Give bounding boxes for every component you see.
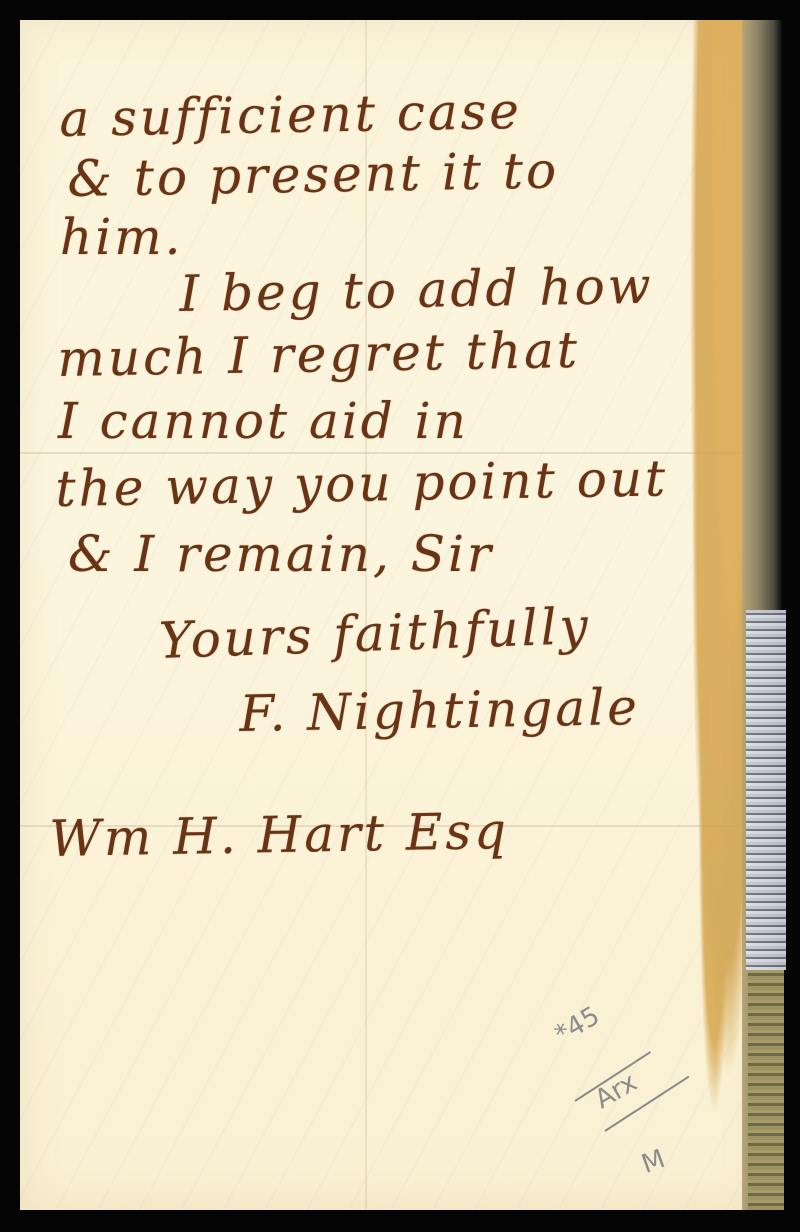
letter-line-2: & to present it to xyxy=(67,141,560,208)
letter-page: a sufficient case & to present it to him… xyxy=(20,20,760,1210)
letter-line-6: I cannot aid in xyxy=(58,392,469,450)
addressee: Wm H. Hart Esq xyxy=(49,802,510,868)
closing: Yours faithfully xyxy=(158,597,592,670)
letter-line-8: & I remain, Sir xyxy=(68,525,494,583)
mounting-strip xyxy=(748,970,784,1210)
letter-line-3: him. xyxy=(60,208,184,266)
pencil-number: *45 xyxy=(550,1001,605,1050)
letter-line-7: the way you point out xyxy=(55,449,669,518)
pencil-mark: Arx xyxy=(590,1067,642,1115)
pencil-initial: M xyxy=(638,1144,669,1180)
letter-line-1: a sufficient case xyxy=(59,82,522,148)
signature: F. Nightingale xyxy=(239,678,640,743)
mounting-strip xyxy=(746,610,786,970)
letter-line-5: much I regret that xyxy=(57,321,580,388)
letter-line-4: I beg to add how xyxy=(179,257,654,323)
